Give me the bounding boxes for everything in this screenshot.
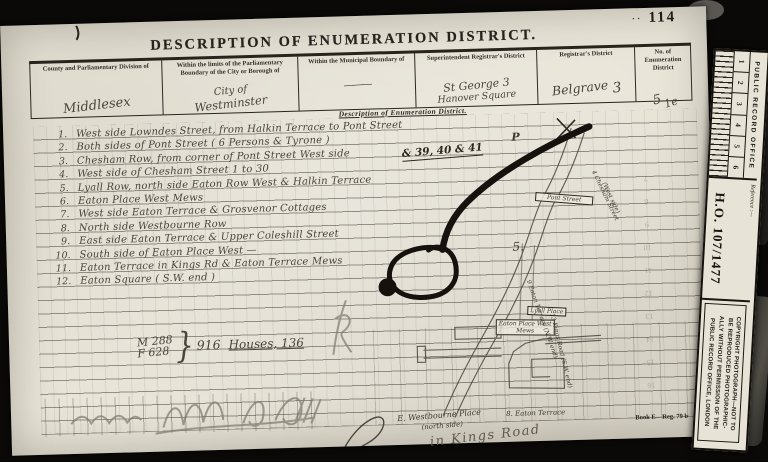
registrar-district-value: Belgrave3 bbox=[537, 74, 636, 105]
eaton-place-west-line2: Mews bbox=[516, 328, 534, 335]
map-p-mark: P bbox=[511, 130, 520, 143]
photo-background: .. 114 DESCRIPTION OF ENUMERATION DISTRI… bbox=[0, 0, 768, 461]
map-label-lyall-place: Lyall Place bbox=[527, 306, 566, 317]
female-count: F 628 bbox=[137, 345, 174, 359]
entry-number: 8. bbox=[50, 222, 70, 236]
show-through-number: 16 bbox=[644, 381, 658, 390]
enumeration-number-label: No. of Enumeration District bbox=[635, 46, 690, 73]
entry-number: 9. bbox=[50, 235, 70, 249]
show-through-number: 14 bbox=[643, 335, 657, 344]
reference-label: Reference :— bbox=[748, 184, 756, 217]
pro-copyright: COPYRIGHT PHOTOGRAPH—NOT TO BE REPRODUCE… bbox=[694, 300, 750, 446]
superintendent-district-value: St George 3 Hanover Square bbox=[416, 78, 538, 104]
ruler-number: 4 bbox=[730, 114, 746, 136]
ruler-number: 1 bbox=[734, 51, 750, 72]
summary-brace: } bbox=[175, 325, 194, 367]
header-cell-registrar-district: Registrar's District Belgrave3 bbox=[537, 47, 637, 104]
entry-number: 4. bbox=[48, 168, 68, 182]
header-cell-enumeration-number: No. of Enumeration District 51e bbox=[635, 46, 691, 102]
ruler-number: 2 bbox=[733, 71, 749, 93]
entry-number: 2. bbox=[47, 141, 67, 155]
book-registration-print: Book E—Reg. 79 b bbox=[635, 413, 688, 421]
copyright-box: COPYRIGHT PHOTOGRAPH—NOT TO BE REPRODUCE… bbox=[697, 303, 747, 443]
header-cell-parliamentary-boundary: Within the limits of the Parliamentary B… bbox=[162, 57, 299, 115]
registrar-value-name: Belgrave bbox=[551, 77, 609, 98]
header-cell-county: County and Parliamentary Division of Mid… bbox=[30, 60, 163, 118]
entry-number: 10. bbox=[50, 249, 70, 263]
entry-number: 1. bbox=[47, 128, 67, 142]
ruler-number: 6 bbox=[728, 156, 744, 178]
show-through-number: 13 bbox=[642, 312, 656, 321]
top-ink-tick bbox=[76, 26, 78, 40]
entry-number: 5. bbox=[49, 182, 69, 196]
ruler-number: 5 bbox=[729, 135, 745, 157]
header-cell-municipal-boundary: Within the Municipal Boundary of ——— bbox=[298, 53, 417, 110]
page-number-dots: .. bbox=[632, 11, 643, 21]
superintendent-district-label: Superintendent Registrar's District bbox=[415, 50, 536, 63]
entry-number: 3. bbox=[48, 155, 68, 169]
entry-number: 6. bbox=[49, 195, 69, 209]
registrar-district-label: Registrar's District bbox=[537, 47, 634, 60]
municipal-boundary-label: Within the Municipal Boundary of bbox=[298, 53, 414, 66]
map-five-mark: 5. bbox=[512, 239, 524, 253]
male-female-counts: M 288 F 628 bbox=[137, 335, 173, 358]
header-cell-superintendent-district: Superintendent Registrar's District St G… bbox=[415, 50, 539, 107]
entry-number: 12. bbox=[51, 275, 71, 289]
county-label: County and Parliamentary Division of bbox=[30, 60, 161, 73]
parliamentary-boundary-label: Within the limits of the Parliamentary B… bbox=[162, 57, 297, 78]
pro-reference: Reference :— H.O. 107/1477 bbox=[702, 178, 757, 302]
census-document: .. 114 DESCRIPTION OF ENUMERATION DISTRI… bbox=[0, 6, 718, 456]
ruler-number: 3 bbox=[731, 92, 747, 114]
entry-number: 7. bbox=[49, 208, 69, 222]
population-summary: M 288 F 628 } 916 Houses, 136 bbox=[137, 326, 305, 364]
map-label-eaton-terrace: 8. Eaton Terrace bbox=[506, 408, 565, 418]
show-through-number: 15 bbox=[644, 358, 658, 367]
reference-value: H.O. 107/1477 bbox=[706, 178, 729, 299]
parliamentary-boundary-value: City of Westminster bbox=[163, 85, 299, 111]
pro-ruler: PUBLIC RECORD OFFICE 1 2 3 4 5 6 bbox=[709, 50, 764, 180]
registrar-value-number: 3 bbox=[608, 80, 623, 97]
municipal-boundary-value: ——— bbox=[299, 74, 416, 94]
entry-number: 11. bbox=[51, 262, 71, 276]
total-count: 916 bbox=[197, 337, 221, 353]
bottom-grid-lines bbox=[45, 391, 320, 437]
houses-count: Houses, 136 bbox=[228, 335, 304, 351]
show-through-number: 12 bbox=[642, 289, 656, 298]
